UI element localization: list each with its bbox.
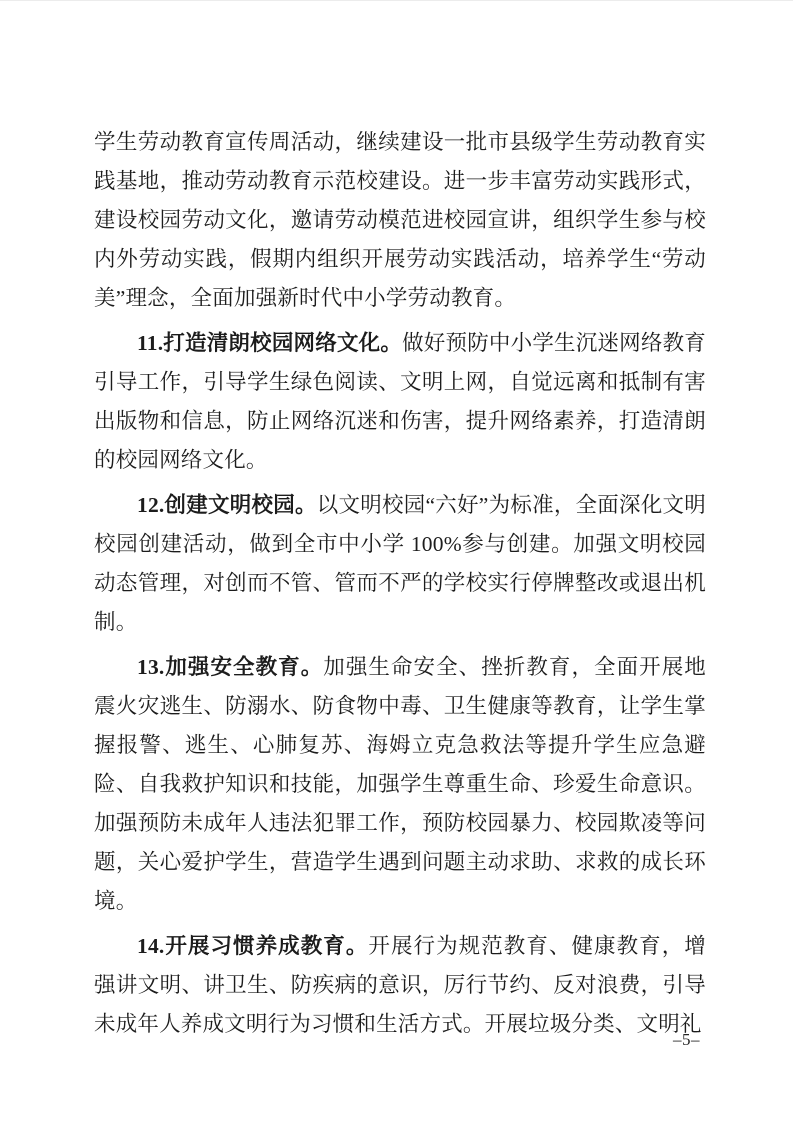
paragraph-text: 学生劳动教育宣传周活动，继续建设一批市县级学生劳动教育实践基地，推动劳动教育示范… xyxy=(94,130,706,310)
paragraph-lead: 11.打造清朗校园网络文化。 xyxy=(137,331,402,355)
paragraph-item-12: 12.创建文明校园。以文明校园“六好”为标准，全面深化文明校园创建活动，做到全市… xyxy=(94,486,706,642)
paragraph-continuation: 学生劳动教育宣传周活动，继续建设一批市县级学生劳动教育实践基地，推动劳动教育示范… xyxy=(94,123,706,318)
paragraph-text: 加强生命安全、挫折教育，全面开展地震火灾逃生、防溺水、防食物中毒、卫生健康等教育… xyxy=(94,655,706,913)
paragraph-item-11: 11.打造清朗校园网络文化。做好预防中小学生沉迷网络教育引导工作，引导学生绿色阅… xyxy=(94,324,706,480)
paragraph-item-13: 13.加强安全教育。加强生命安全、挫折教育，全面开展地震火灾逃生、防溺水、防食物… xyxy=(94,648,706,921)
document-page: 学生劳动教育宣传周活动，继续建设一批市县级学生劳动教育实践基地，推动劳动教育示范… xyxy=(0,0,793,1122)
paragraph-lead: 12.创建文明校园。 xyxy=(137,493,317,517)
paragraph-lead: 13.加强安全教育。 xyxy=(137,655,323,679)
page-number: –5– xyxy=(673,1029,700,1051)
document-body: 学生劳动教育宣传周活动，继续建设一批市县级学生劳动教育实践基地，推动劳动教育示范… xyxy=(94,123,706,1044)
paragraph-item-14: 14.开展习惯养成教育。开展行为规范教育、健康教育，增强讲文明、讲卫生、防疾病的… xyxy=(94,927,706,1044)
paragraph-lead: 14.开展习惯养成教育。 xyxy=(137,934,368,958)
